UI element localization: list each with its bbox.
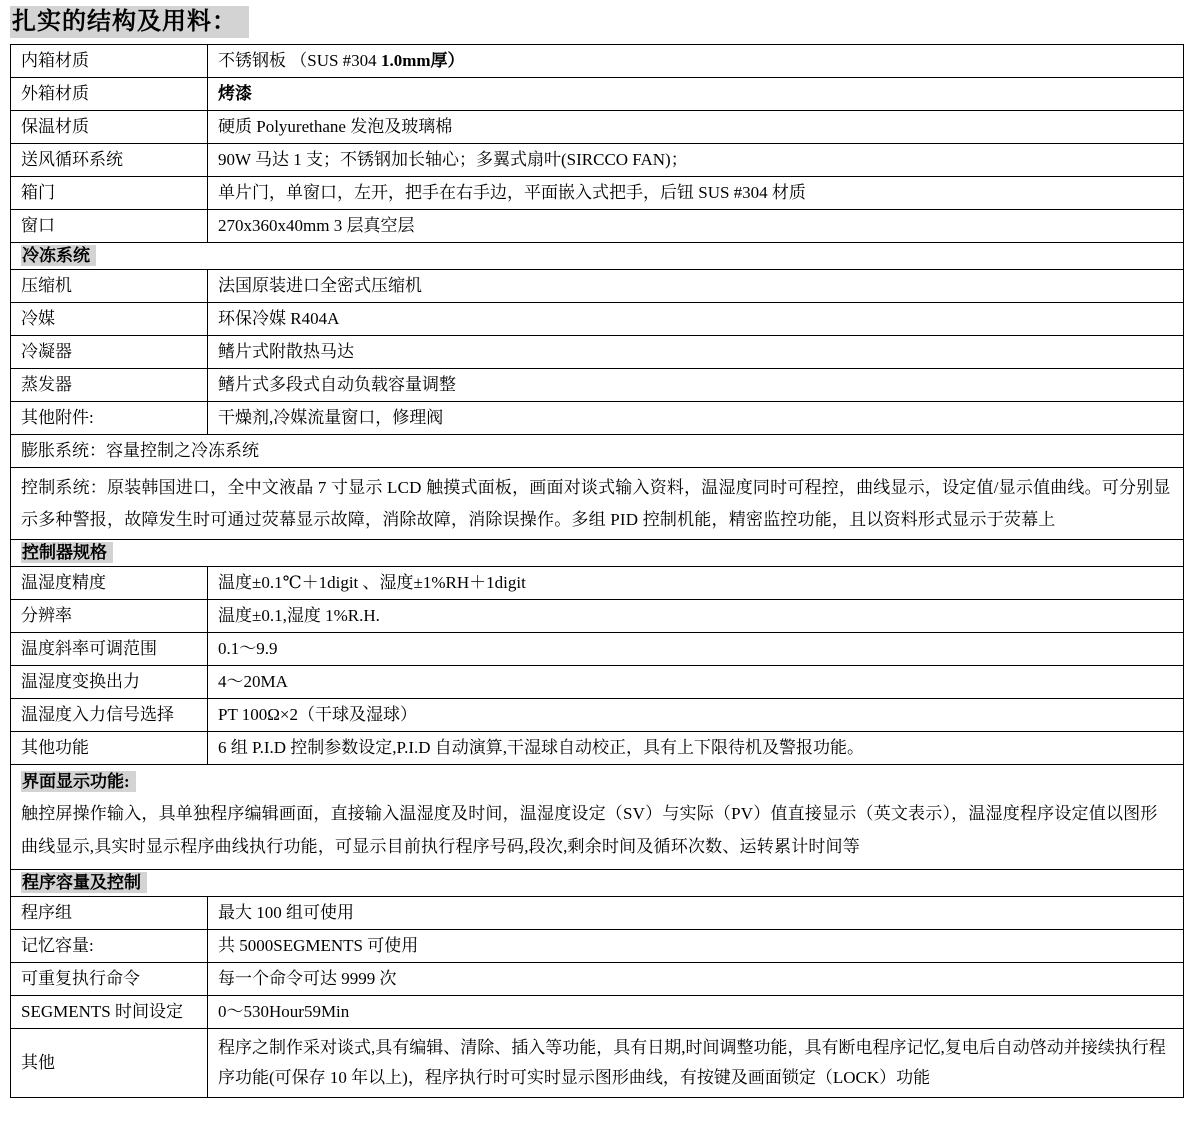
table-row: 其他功能6 组 P.I.D 控制参数设定,P.I.D 自动演算,干湿球自动校正，… [11,732,1184,765]
table-row: 温度斜率可调范围0.1～9.9 [11,633,1184,666]
spec-row-value: 90W 马达 1 支；不锈钢加长轴心；多翼式扇叶(SIRCCO FAN)； [208,144,1184,177]
spec-row-label: 压缩机 [11,270,208,303]
spec-row-value: 硬质 Polyurethane 发泡及玻璃棉 [208,111,1184,144]
table-row: 保温材质硬质 Polyurethane 发泡及玻璃棉 [11,111,1184,144]
value-segment: 1.0mm厚） [381,51,465,70]
value-segment: 鳍片式附散热马达 [218,342,354,361]
spec-row-label: 程序组 [11,897,208,930]
spec-row-label: 送风循环系统 [11,144,208,177]
value-segment: 干燥剂,冷媒流量窗口，修理阀 [218,408,443,427]
spec-row-label: 箱门 [11,177,208,210]
table-row: 箱门单片门，单窗口，左开，把手在右手边，平面嵌入式把手，后钮 SUS #304 … [11,177,1184,210]
section-header: 冷冻系统 [21,245,96,266]
table-row: 送风循环系统90W 马达 1 支；不锈钢加长轴心；多翼式扇叶(SIRCCO FA… [11,144,1184,177]
table-row: 控制器规格 [11,540,1184,567]
value-segment: 270x360x40mm 3 层真空层 [218,216,414,235]
spec-row-value: 烤漆 [208,78,1184,111]
value-segment: 每一个命令可达 9999 次 [218,969,397,988]
table-row: 界面显示功能:触控屏操作输入，具单独程序编辑画面，直接输入温湿度及时间，温湿度设… [11,765,1184,870]
table-row: 冷媒环保冷媒 R404A [11,303,1184,336]
table-row: 冷凝器鳍片式附散热马达 [11,336,1184,369]
table-row: 蒸发器鳍片式多段式自动负载容量调整 [11,369,1184,402]
spec-table: 内箱材质不锈钢板 （SUS #304 1.0mm厚）外箱材质烤漆保温材质硬质 P… [10,44,1184,1098]
table-row: 外箱材质烤漆 [11,78,1184,111]
value-segment: 程序之制作采对谈式,具有编辑、清除、插入等功能，具有日期,时间调整功能，具有断电… [218,1038,1166,1087]
table-row: 其他附件:干燥剂,冷媒流量窗口，修理阀 [11,402,1184,435]
spec-row-label: 温湿度精度 [11,567,208,600]
value-segment: 温度±0.1,湿度 1%R.H. [218,606,380,625]
value-segment: 法国原装进口全密式压缩机 [218,276,422,295]
spec-row-value: 干燥剂,冷媒流量窗口，修理阀 [208,402,1184,435]
value-segment: 共 5000SEGMENTS 可使用 [218,936,418,955]
spec-row-value: 不锈钢板 （SUS #304 1.0mm厚） [208,45,1184,78]
spec-row-label: 其他功能 [11,732,208,765]
table-row: 温湿度变换出力4～20MA [11,666,1184,699]
spec-row-value: 单片门，单窗口，左开，把手在右手边，平面嵌入式把手，后钮 SUS #304 材质 [208,177,1184,210]
spec-row-label: 窗口 [11,210,208,243]
full-width-text: 膨胀系统：容量控制之冷冻系统 [11,435,1184,468]
page-title-text: 扎实的结构及用料： [10,6,249,38]
table-row: 温湿度入力信号选择PT 100Ω×2（干球及湿球） [11,699,1184,732]
table-row: 内箱材质不锈钢板 （SUS #304 1.0mm厚） [11,45,1184,78]
spec-row-value: 4～20MA [208,666,1184,699]
spec-row-value: 温度±0.1℃＋1digit 、湿度±1%RH＋1digit [208,567,1184,600]
spec-row-label: 温度斜率可调范围 [11,633,208,666]
spec-row-value: 鳍片式多段式自动负载容量调整 [208,369,1184,402]
table-row: 控制系统：原装韩国进口，全中文液晶 7 寸显示 LCD 触摸式面板，画面对谈式输… [11,468,1184,540]
section-row-cell: 冷冻系统 [11,243,1184,270]
spec-row-value: 法国原装进口全密式压缩机 [208,270,1184,303]
spec-row-value: 最大 100 组可使用 [208,897,1184,930]
value-segment: 烤漆 [218,84,252,103]
table-row: 窗口270x360x40mm 3 层真空层 [11,210,1184,243]
value-segment: 4～20MA [218,672,288,691]
table-row: SEGMENTS 时间设定0～530Hour59Min [11,996,1184,1029]
spec-row-label: 其他附件: [11,402,208,435]
table-row: 程序容量及控制 [11,870,1184,897]
spec-row-value: 温度±0.1,湿度 1%R.H. [208,600,1184,633]
section-header: 程序容量及控制 [21,872,147,893]
section-row-cell: 控制器规格 [11,540,1184,567]
table-row: 压缩机法国原装进口全密式压缩机 [11,270,1184,303]
spec-row-value: 0～530Hour59Min [208,996,1184,1029]
section-header: 控制器规格 [21,542,113,563]
section-row-cell: 程序容量及控制 [11,870,1184,897]
spec-row-label: 内箱材质 [11,45,208,78]
spec-row-label: 其他 [11,1029,208,1098]
spec-table-body: 内箱材质不锈钢板 （SUS #304 1.0mm厚）外箱材质烤漆保温材质硬质 P… [11,45,1184,1098]
block-body-text: 触控屏操作输入，具单独程序编辑画面，直接输入温湿度及时间，温湿度设定（SV）与实… [21,797,1173,863]
value-segment: 鳍片式多段式自动负载容量调整 [218,375,456,394]
value-segment: 0～530Hour59Min [218,1002,349,1021]
spec-row-value: 鳍片式附散热马达 [208,336,1184,369]
table-row: 记忆容量:共 5000SEGMENTS 可使用 [11,930,1184,963]
value-segment: 6 组 P.I.D 控制参数设定,P.I.D 自动演算,干湿球自动校正，具有上下… [218,738,864,757]
value-segment: 单片门，单窗口，左开，把手在右手边，平面嵌入式把手，后钮 SUS #304 材质 [218,183,806,202]
value-segment: 90W 马达 1 支；不锈钢加长轴心；多翼式扇叶(SIRCCO FAN)； [218,150,688,169]
spec-row-label: 温湿度入力信号选择 [11,699,208,732]
spec-row-label: SEGMENTS 时间设定 [11,996,208,1029]
spec-row-value: 每一个命令可达 9999 次 [208,963,1184,996]
value-segment: 0.1～9.9 [218,639,278,658]
page-title: 扎实的结构及用料： [10,4,1184,41]
spec-row-value: 270x360x40mm 3 层真空层 [208,210,1184,243]
table-row: 分辨率温度±0.1,湿度 1%R.H. [11,600,1184,633]
spec-row-label: 可重复执行命令 [11,963,208,996]
block-header-text: 界面显示功能: [21,771,136,792]
spec-row-value: 环保冷媒 R404A [208,303,1184,336]
table-row: 膨胀系统：容量控制之冷冻系统 [11,435,1184,468]
spec-row-value: 6 组 P.I.D 控制参数设定,P.I.D 自动演算,干湿球自动校正，具有上下… [208,732,1184,765]
value-segment: 最大 100 组可使用 [218,903,354,922]
table-row: 温湿度精度温度±0.1℃＋1digit 、湿度±1%RH＋1digit [11,567,1184,600]
spec-row-label: 冷媒 [11,303,208,336]
value-segment: 不锈钢板 （SUS #304 [218,51,381,70]
table-row: 程序组最大 100 组可使用 [11,897,1184,930]
spec-row-label: 蒸发器 [11,369,208,402]
value-segment: 环保冷媒 R404A [218,309,339,328]
spec-row-label: 分辨率 [11,600,208,633]
full-width-text: 控制系统：原装韩国进口，全中文液晶 7 寸显示 LCD 触摸式面板，画面对谈式输… [11,468,1184,540]
table-row: 冷冻系统 [11,243,1184,270]
spec-row-value: PT 100Ω×2（干球及湿球） [208,699,1184,732]
spec-row-value: 共 5000SEGMENTS 可使用 [208,930,1184,963]
spec-row-label: 冷凝器 [11,336,208,369]
spec-row-label: 记忆容量: [11,930,208,963]
block-cell: 界面显示功能:触控屏操作输入，具单独程序编辑画面，直接输入温湿度及时间，温湿度设… [11,765,1184,870]
spec-row-value: 程序之制作采对谈式,具有编辑、清除、插入等功能，具有日期,时间调整功能，具有断电… [208,1029,1184,1098]
spec-row-value: 0.1～9.9 [208,633,1184,666]
value-segment: PT 100Ω×2（干球及湿球） [218,705,417,724]
block-header: 界面显示功能: [21,769,1173,795]
spec-row-label: 保温材质 [11,111,208,144]
table-row: 可重复执行命令每一个命令可达 9999 次 [11,963,1184,996]
spec-row-label: 温湿度变换出力 [11,666,208,699]
table-row: 其他程序之制作采对谈式,具有编辑、清除、插入等功能，具有日期,时间调整功能，具有… [11,1029,1184,1098]
spec-row-label: 外箱材质 [11,78,208,111]
document-page: 扎实的结构及用料： 内箱材质不锈钢板 （SUS #304 1.0mm厚）外箱材质… [0,0,1199,1141]
value-segment: 温度±0.1℃＋1digit 、湿度±1%RH＋1digit [218,573,526,592]
value-segment: 硬质 Polyurethane 发泡及玻璃棉 [218,117,452,136]
